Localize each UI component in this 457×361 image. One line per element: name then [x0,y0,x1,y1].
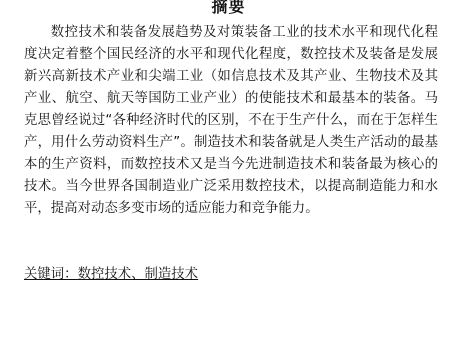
keywords-label: 关键词： [24,267,78,282]
abstract-paragraph: 数控技术和装备发展趋势及对策装备工业的技术水平和现代化程度决定着整个国民经济的水… [24,22,438,220]
keywords-value: 数控技术、制造技术 [78,267,199,282]
abstract-title: 摘要 [0,0,457,18]
keywords-line: 关键词：数控技术、制造技术 [24,265,198,285]
